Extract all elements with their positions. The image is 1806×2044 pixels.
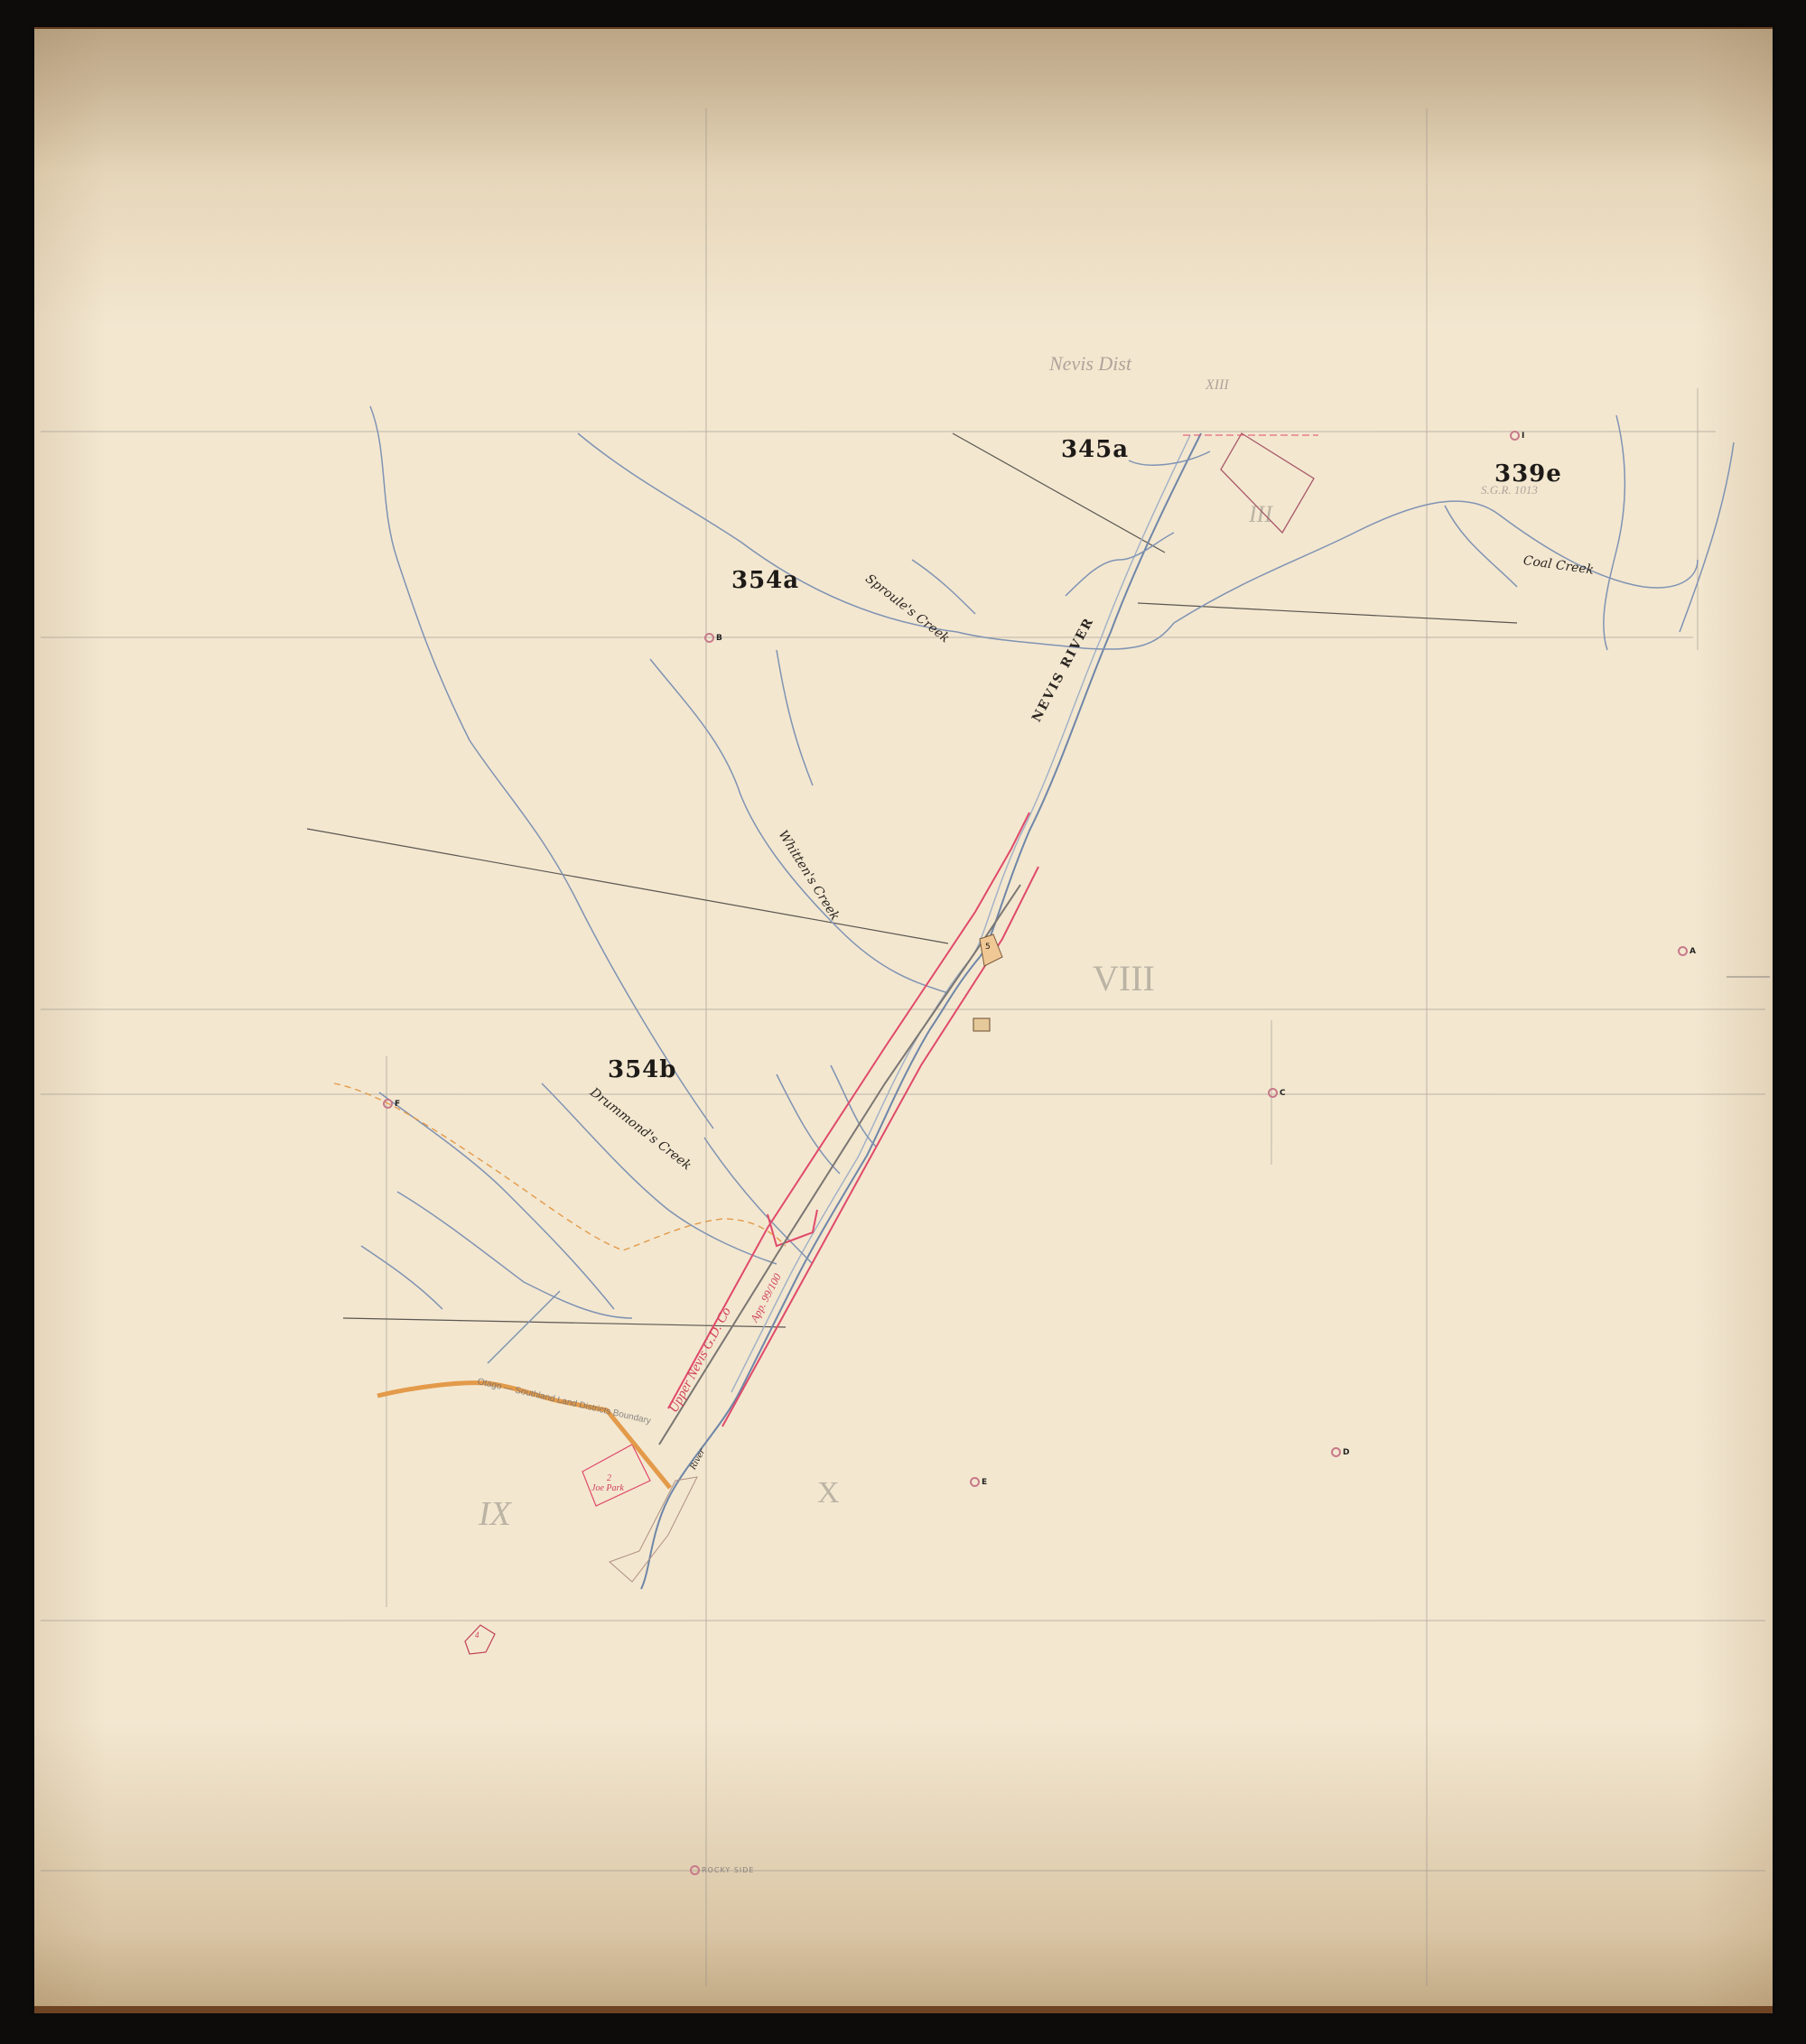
building-block-number: 5 [985,943,991,952]
district-numeral-iii: III [1249,501,1272,528]
trig-point-rocky-side[interactable]: ROCKY SIDE [690,1865,754,1875]
trig-ring-icon [970,1477,980,1487]
trig-point-a[interactable]: A [1678,946,1696,956]
land-district-boundary[interactable] [377,1383,670,1488]
trig-point-c[interactable]: C [1268,1088,1286,1098]
red-boundaries [465,433,1318,1654]
trig-ring-icon [690,1865,700,1875]
section-number-sketch: 4 [475,1631,479,1640]
map-linework [0,0,1806,2044]
trig-ring-icon [704,633,714,643]
block-subtitle-339e: S.G.R. 1013 [1481,483,1538,497]
survey-grid [41,108,1770,1986]
district-numeral-ix: IX [479,1494,511,1534]
sign-marker [973,1018,990,1031]
district-numeral-viii: VIII [1093,957,1155,999]
trig-point-d[interactable]: D [1331,1447,1349,1457]
nevis-river-lines [641,433,1201,1589]
building-block [980,934,1002,966]
trig-ring-icon [1510,431,1520,441]
block-label-354b: 354b [608,1056,676,1083]
district-numeral-xiii: XIII [1206,377,1229,394]
traverse-lines [307,433,1517,1327]
trig-ring-icon [383,1099,393,1109]
block-label-354a: 354a [731,567,799,594]
trig-ring-icon [1331,1447,1341,1457]
trig-ring-icon [1678,946,1688,956]
water-race-line [659,885,1020,1445]
district-numeral-x: X [817,1476,840,1510]
trig-point-b[interactable]: B [704,633,722,643]
section-number-joe-park: 2 [607,1473,611,1483]
section-label-joe-park: Joe Park [591,1483,624,1493]
trig-point-i[interactable]: I [1510,431,1524,441]
trig-point-f[interactable]: F [383,1099,400,1109]
district-note: Nevis Dist [1049,352,1131,376]
trig-point-e[interactable]: E [970,1477,987,1487]
block-label-345a: 345a [1061,436,1129,463]
trig-ring-icon [1268,1088,1278,1098]
